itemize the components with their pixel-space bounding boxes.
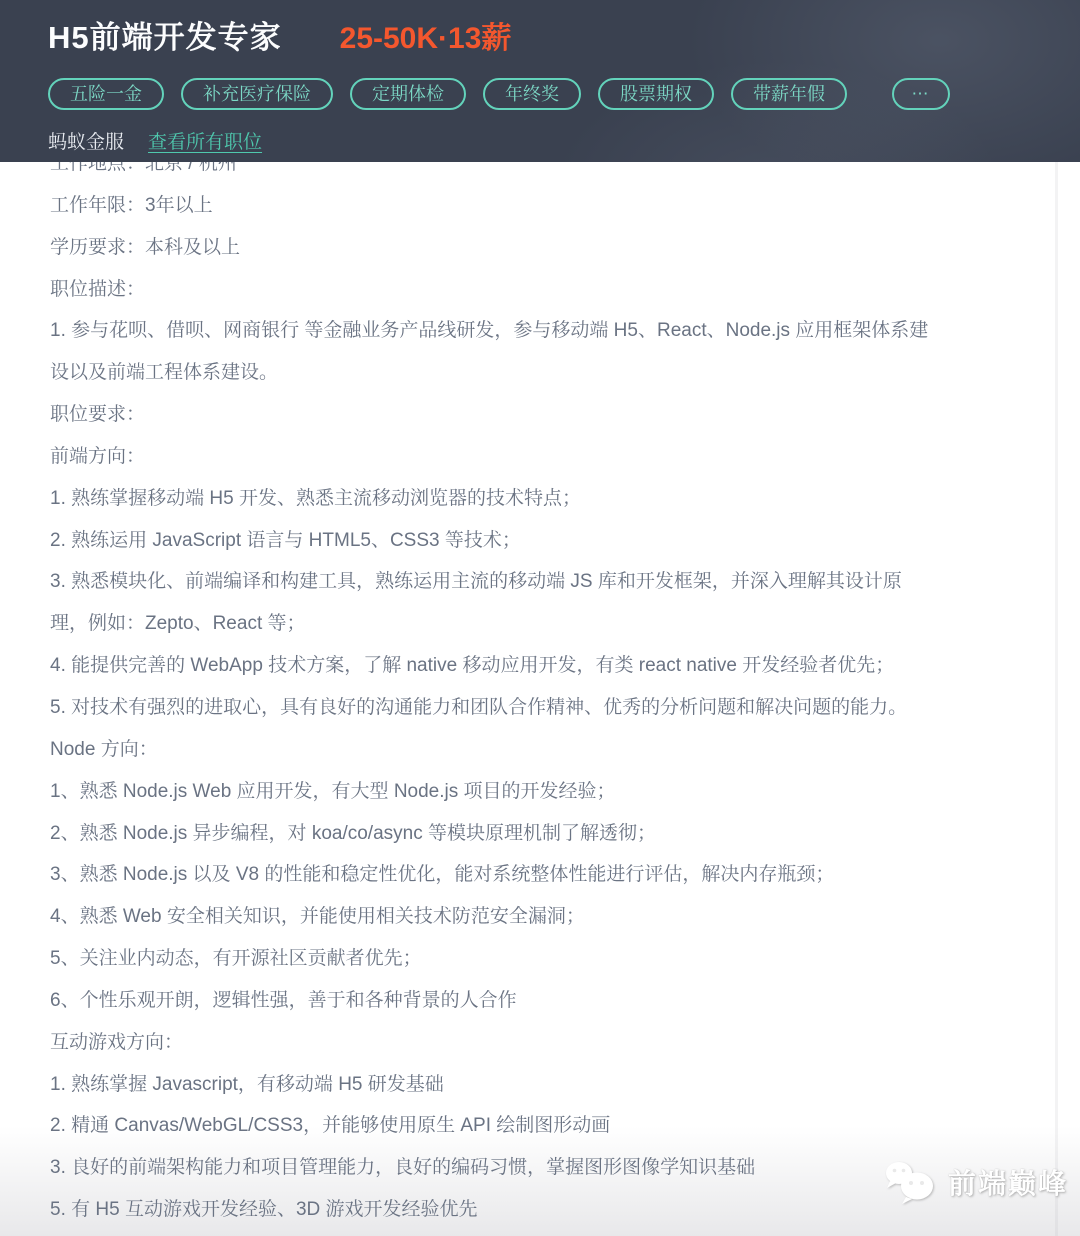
company-name: 蚂蚁金服 [48,127,124,154]
job-detail-line: 1. 熟练掌握 Javascript，有移动端 H5 研发基础 [50,1064,1040,1106]
job-detail-line: 职位描述： [50,269,1040,311]
job-detail-line: 1. 熟练掌握移动端 H5 开发、熟悉主流移动浏览器的技术特点； [50,478,1040,520]
content-right-divider [1055,160,1058,1236]
job-detail-line: 3、熟悉 Node.js 以及 V8 的性能和稳定性优化，能对系统整体性能进行评… [50,854,1040,896]
job-detail-line: 2. 精通 Canvas/WebGL/CSS3，并能够使用原生 API 绘制图形… [50,1105,1040,1147]
salary-range: 25-50K·13薪 [340,13,512,57]
job-detail-line: 设以及前端工程体系建设。 [50,352,1040,394]
job-detail-line: 4. 能提供完善的 WebApp 技术方案，了解 native 移动应用开发，有… [50,645,1040,687]
watermark: 前端巅峰 [884,1158,1068,1206]
job-detail-line: 6、个性乐观开朗，逻辑性强，善于和各种背景的人合作 [50,980,1040,1022]
job-detail-line: 2. 熟练运用 JavaScript 语言与 HTML5、CSS3 等技术； [50,520,1040,562]
more-tags-button[interactable]: ⋯ [892,78,950,110]
job-detail-line: 互动游戏方向： [50,1022,1040,1064]
job-detail-line: 1. 参与花呗、借呗、网商银行 等金融业务产品线研发，参与移动端 H5、Reac… [50,310,1040,352]
tag-medical: 补充医疗保险 [181,78,333,110]
benefit-tags: 五险一金 补充医疗保险 定期体检 年终奖 股票期权 带薪年假 ⋯ [48,78,1080,110]
job-detail-line: 前端方向： [50,436,1040,478]
tag-insurance: 五险一金 [48,78,164,110]
tag-paid-leave: 带薪年假 [731,78,847,110]
view-all-jobs-link[interactable]: 查看所有职位 [148,127,262,154]
job-detail-line: 5. 对技术有强烈的进取心，具有良好的沟通能力和团队合作精神、优秀的分析问题和解… [50,687,1040,729]
job-detail-line: 1、熟悉 Node.js Web 应用开发，有大型 Node.js 项目的开发经… [50,771,1040,813]
watermark-text: 前端巅峰 [948,1162,1068,1202]
job-detail-line: 5、关注业内动态，有开源社区贡献者优先； [50,938,1040,980]
job-description: 工作地点：北京 / 杭州 工作年限：3年以上 学历要求：本科及以上 职位描述： … [50,143,1040,1231]
job-header: H5前端开发专家 25-50K·13薪 五险一金 补充医疗保险 定期体检 年终奖… [0,0,1080,162]
job-detail-line-experience: 工作年限：3年以上 [50,185,1040,227]
tag-bonus: 年终奖 [483,78,581,110]
tag-stock: 股票期权 [598,78,714,110]
job-detail-line-education: 学历要求：本科及以上 [50,227,1040,269]
job-detail-line: 4、熟悉 Web 安全相关知识，并能使用相关技术防范安全漏洞； [50,896,1040,938]
company-row: 蚂蚁金服 查看所有职位 [48,127,1080,154]
title-row: H5前端开发专家 25-50K·13薪 [48,13,1080,57]
job-detail-line: 理，例如：Zepto、React 等； [50,603,1040,645]
job-detail-line: 3. 熟悉模块化、前端编译和构建工具，熟练运用主流的移动端 JS 库和开发框架，… [50,561,1040,603]
job-detail-line: 2、熟悉 Node.js 异步编程，对 koa/co/async 等模块原理机制… [50,813,1040,855]
wechat-icon [884,1158,938,1206]
job-detail-line: 职位要求： [50,394,1040,436]
job-detail-line: Node 方向： [50,729,1040,771]
job-title: H5前端开发专家 [48,20,282,56]
tag-checkup: 定期体检 [350,78,466,110]
